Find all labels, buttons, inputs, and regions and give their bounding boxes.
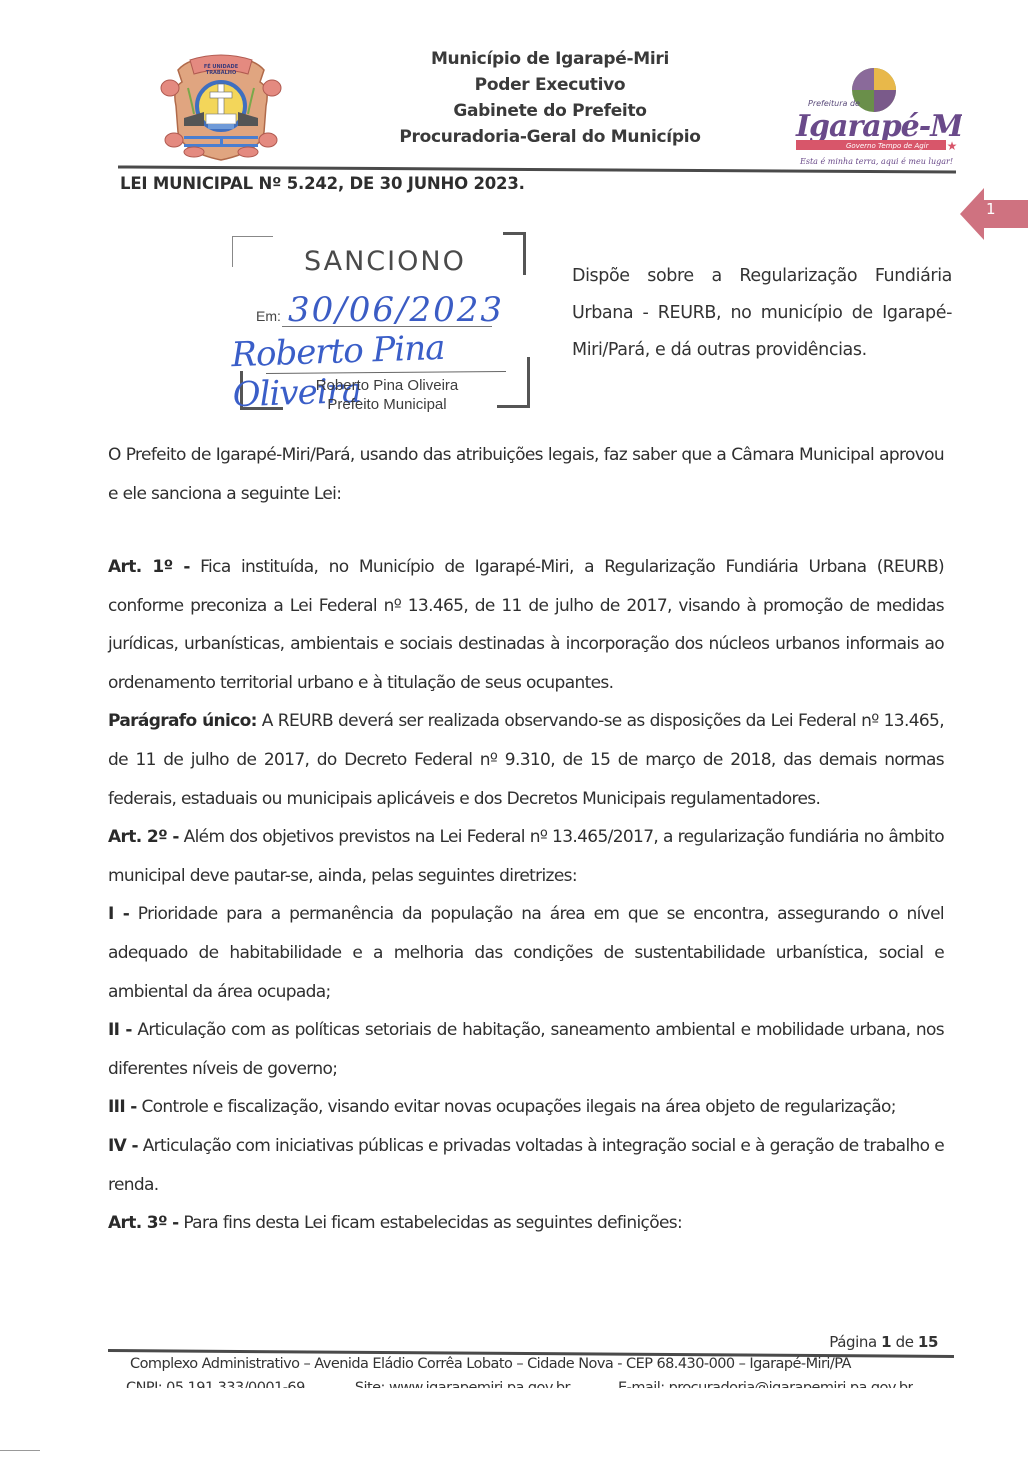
article-2-item-i: I - Prioridade para a permanência da pop…	[108, 895, 944, 1011]
article-3: Art. 3º - Para fins desta Lei ficam esta…	[108, 1204, 944, 1243]
item-label: IV -	[108, 1136, 138, 1156]
item-label: II -	[108, 1020, 132, 1040]
article-1-sole-paragraph: Parágrafo único: A REURB deverá ser real…	[108, 702, 944, 818]
item-label: III -	[108, 1097, 137, 1117]
sanction-stamp: SANCIONO Em: 30/06/2023 Roberto Pina Oli…	[226, 226, 536, 422]
article-2: Art. 2º - Além dos objetivos previstos n…	[108, 818, 944, 895]
law-summary: Dispõe sobre a Regularização Fundiária U…	[572, 258, 952, 369]
svg-text:Igarapé-Miri: Igarapé-Miri	[795, 109, 962, 144]
article-text: Para fins desta Lei ficam estabelecidas …	[179, 1213, 682, 1233]
svg-text:Governo Tempo de Agir: Governo Tempo de Agir	[846, 142, 930, 150]
page-total: 15	[918, 1333, 938, 1351]
svg-text:Esta é minha terra, aqui é meu: Esta é minha terra, aqui é meu lugar!	[799, 157, 953, 166]
page-label: Página	[829, 1333, 877, 1351]
article-label: Parágrafo único:	[108, 711, 257, 731]
intro-paragraph: O Prefeito de Igarapé-Miri/Pará, usando …	[108, 436, 944, 513]
stamp-date-prefix: Em:	[256, 308, 281, 324]
article-label: Art. 3º -	[108, 1213, 179, 1233]
stamp-corner	[232, 236, 273, 267]
header-line-branch: Poder Executivo	[360, 72, 740, 98]
header-line-attorney: Procuradoria-Geral do Município	[360, 124, 740, 150]
page-number: Página 1 de 15	[829, 1333, 938, 1351]
item-text: Articulação com iniciativas públicas e p…	[108, 1136, 944, 1195]
scan-artifact	[0, 1450, 40, 1451]
stamp-corner	[503, 232, 526, 275]
header-institution: Município de Igarapé-Miri Poder Executiv…	[360, 46, 740, 150]
svg-text:TRABALHO: TRABALHO	[206, 70, 236, 76]
page-tab-label: 1	[986, 200, 996, 218]
signer-role: Prefeito Municipal	[302, 395, 472, 414]
article-1: Art. 1º - Fica instituída, no Município …	[108, 548, 944, 702]
stamp-title: SANCIONO	[304, 246, 466, 277]
item-text: Articulação com as políticas setoriais d…	[108, 1020, 944, 1079]
article-text: Além dos objetivos previstos na Lei Fede…	[108, 827, 944, 886]
article-text: Fica instituída, no Município de Igarapé…	[108, 557, 944, 693]
page-of: de	[896, 1333, 914, 1351]
articles: Art. 1º - Fica instituída, no Município …	[108, 548, 944, 1243]
footer-site-link[interactable]: Site: www.igarapemiri.pa.gov.br	[355, 1377, 570, 1388]
article-2-item-iii: III - Controle e fiscalização, visando e…	[108, 1088, 944, 1127]
footer-cnpj: CNPJ: 05.191.333/0001-69	[126, 1377, 305, 1388]
svg-text:Prefeitura de: Prefeitura de	[808, 99, 860, 108]
item-label: I -	[108, 904, 129, 924]
prefeitura-logo-icon: Prefeitura de Igarapé-Miri Governo Tempo…	[786, 64, 962, 172]
stamp-date: 30/06/2023	[288, 290, 504, 330]
article-label: Art. 1º -	[108, 557, 190, 577]
footer-address: Complexo Administrativo – Avenida Eládio…	[130, 1356, 851, 1372]
item-text: Prioridade para a permanência da populaç…	[108, 904, 944, 1001]
item-text: Controle e fiscalização, visando evitar …	[137, 1097, 896, 1117]
article-2-item-iv: IV - Articulação com iniciativas pública…	[108, 1127, 944, 1204]
enactment-clause: O Prefeito de Igarapé-Miri/Pará, usando …	[108, 436, 944, 513]
svg-text:FÉ UNIDADE: FÉ UNIDADE	[204, 62, 239, 70]
page-current: 1	[881, 1333, 891, 1351]
header-line-cabinet: Gabinete do Prefeito	[360, 98, 740, 124]
article-2-item-ii: II - Articulação com as políticas setori…	[108, 1011, 944, 1088]
municipal-crest-icon: FÉ UNIDADE TRABALHO	[160, 48, 282, 166]
svg-text:★: ★	[947, 139, 958, 153]
law-title: LEI MUNICIPAL Nº 5.242, DE 30 JUNHO 2023…	[120, 174, 525, 193]
signer-block: Roberto Pina Oliveira Prefeito Municipal	[302, 376, 472, 414]
article-label: Art. 2º -	[108, 827, 179, 847]
footer-email-link[interactable]: E-mail: procuradoria@igarapemiri.pa.gov.…	[618, 1377, 913, 1388]
header-line-municipality: Município de Igarapé-Miri	[360, 46, 740, 72]
footer-contact: CNPJ: 05.191.333/0001-69 Site: www.igara…	[126, 1377, 913, 1388]
signer-name: Roberto Pina Oliveira	[302, 376, 472, 395]
